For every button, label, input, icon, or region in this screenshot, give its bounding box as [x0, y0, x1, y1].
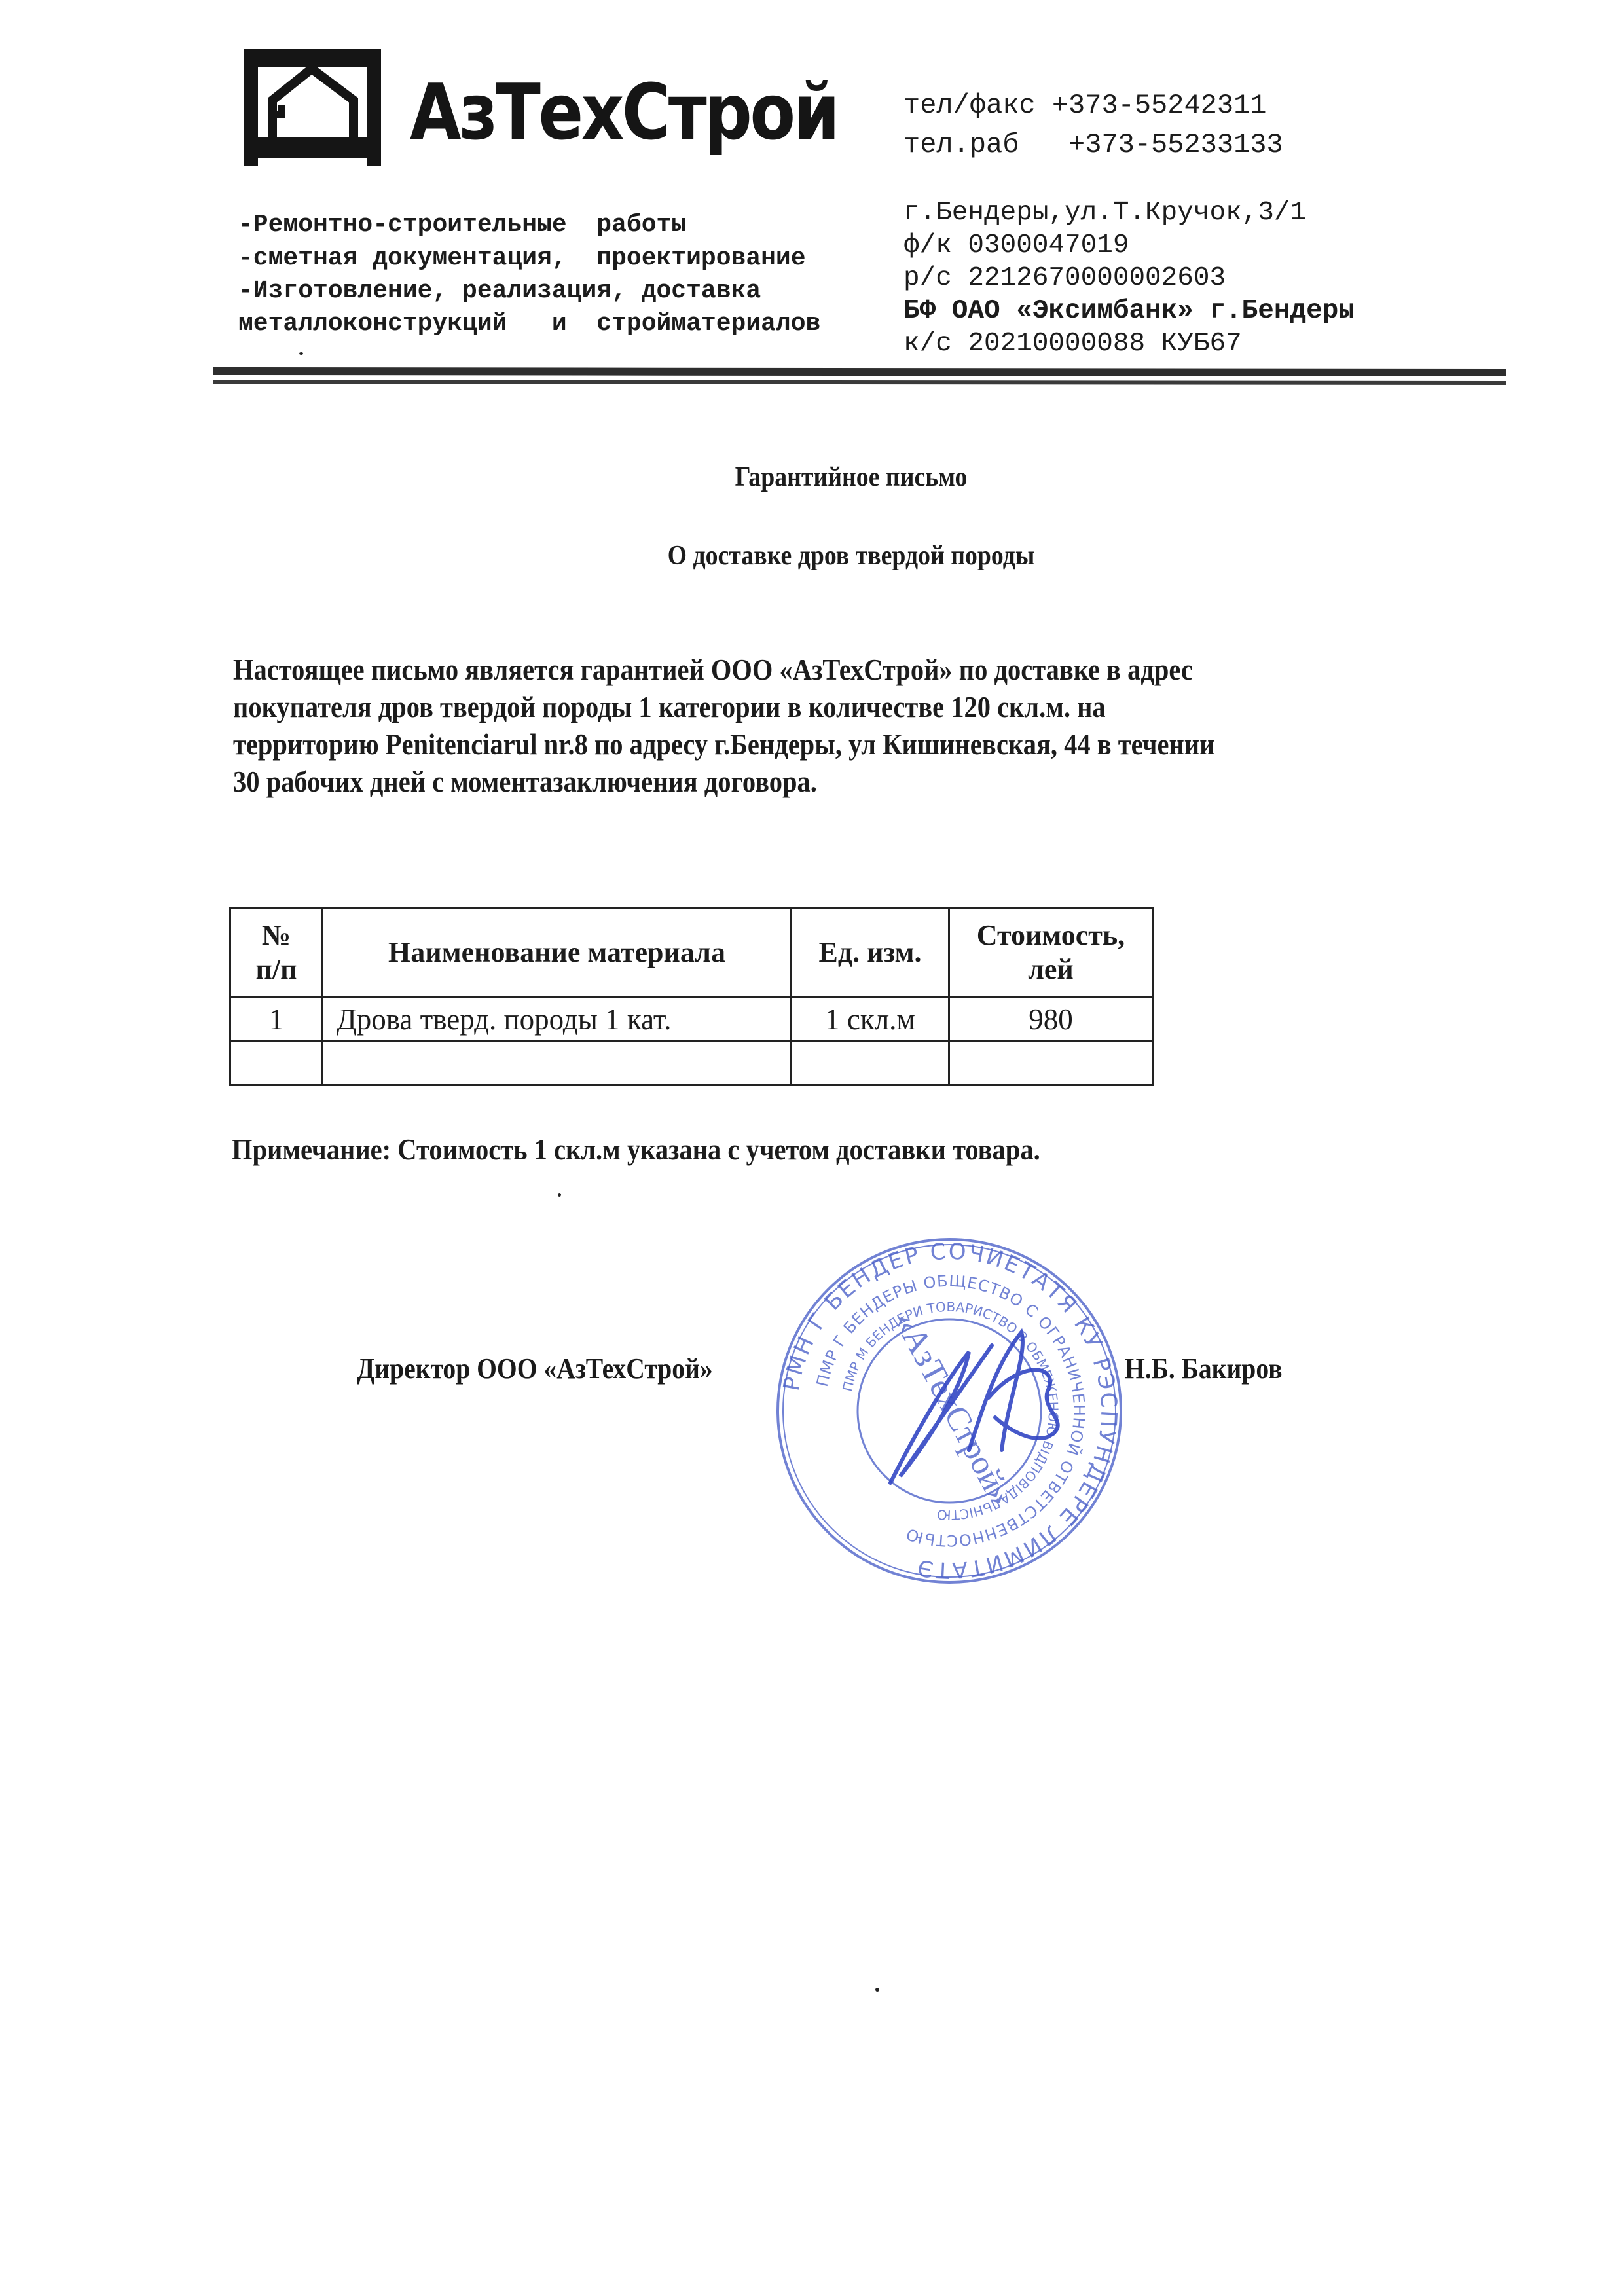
letter-body: Настоящее письмо является гарантией ООО …: [233, 651, 1510, 801]
header-cost-currency: лей: [950, 953, 1152, 987]
svg-text:«АзТехСтрой»: «АзТехСтрой»: [886, 1306, 1019, 1512]
service-item: -сметная документация, проектирование: [238, 246, 806, 271]
signatory-name: Н.Б. Бакиров: [1125, 1352, 1283, 1385]
table-row: 1 Дрова тверд. породы 1 кат. 1 скл.м 980: [230, 998, 1153, 1041]
letterhead-divider-thick: [213, 367, 1506, 376]
settlement-account: р/с 2212670000002603: [903, 265, 1226, 292]
company-wordmark: АзТехСтрой: [410, 73, 837, 151]
body-line: 30 рабочих дней с моментазаключения дого…: [233, 763, 1382, 801]
header-cost: Стоимость, лей: [949, 908, 1153, 998]
company-address: г.Бендеры,ул.Т.Кручок,3/1: [903, 200, 1306, 227]
round-seal-icon: РМН Г БЕНДЕР СОЧИЕТАТЯ КУ РЭСПУНДЕРЕ ЛИМ…: [773, 1234, 1126, 1588]
body-line: покупателя дров твердой породы 1 категор…: [233, 689, 1382, 726]
cell-material-name: [323, 1041, 792, 1085]
header-unit: Ед. изм.: [792, 908, 949, 998]
service-item: -Ремонтно-строительные работы: [238, 213, 686, 238]
price-note: Примечание: Стоимость 1 скл.м указана с …: [232, 1133, 1040, 1167]
cell-number: 1: [230, 998, 323, 1041]
phone-fax-line: тел/факс +373-55242311: [903, 92, 1267, 119]
cell-material-name: Дрова тверд. породы 1 кат.: [323, 998, 792, 1041]
header-cost-label: Стоимость,: [950, 919, 1152, 953]
service-item: -Изготовление, реализация, доставка: [238, 279, 761, 304]
cell-unit: [792, 1041, 949, 1085]
correspondent-account: к/с 20210000088 КУБ67: [903, 331, 1242, 357]
house-in-square-icon: [244, 49, 381, 166]
bank-name: БФ ОАО «Эксимбанк» г.Бендеры: [903, 298, 1355, 325]
header-number: № п/п: [230, 908, 323, 998]
scan-speck: [299, 352, 303, 355]
service-item: металлоконструкций и стройматериалов: [238, 312, 820, 337]
signatory-position: Директор ООО «АзТехСтрой»: [357, 1352, 713, 1385]
materials-table: № п/п Наименование материала Ед. изм. Ст…: [229, 907, 1154, 1086]
body-line: территорию Penitenciarul nr.8 по адресу …: [233, 726, 1382, 763]
body-line: Настоящее письмо является гарантией ООО …: [233, 651, 1382, 689]
cell-unit: 1 скл.м: [792, 998, 949, 1041]
letter-title: Гарантийное письмо: [85, 462, 1617, 493]
letterhead-divider-thin: [213, 380, 1506, 385]
header-number-label: п/п: [231, 953, 321, 987]
company-logo: [244, 49, 381, 166]
header-number-symbol: №: [231, 919, 321, 953]
table-header-row: № п/п Наименование материала Ед. изм. Ст…: [230, 908, 1153, 998]
header-material-name: Наименование материала: [323, 908, 792, 998]
company-seal: РМН Г БЕНДЕР СОЧИЕТАТЯ КУ РЭСПУНДЕРЕ ЛИМ…: [773, 1234, 1126, 1588]
cell-cost: 980: [949, 998, 1153, 1041]
letter-subtitle: О доставке дров твердой породы: [85, 540, 1617, 572]
work-phone-line: тел.раб +373-55233133: [903, 131, 1283, 158]
cell-cost: [949, 1041, 1153, 1085]
scan-speck: [558, 1193, 561, 1197]
table-row-empty: [230, 1041, 1153, 1085]
scan-speck: [875, 1988, 879, 1992]
cell-number: [230, 1041, 323, 1085]
fiscal-code: ф/к 0300047019: [903, 232, 1129, 259]
